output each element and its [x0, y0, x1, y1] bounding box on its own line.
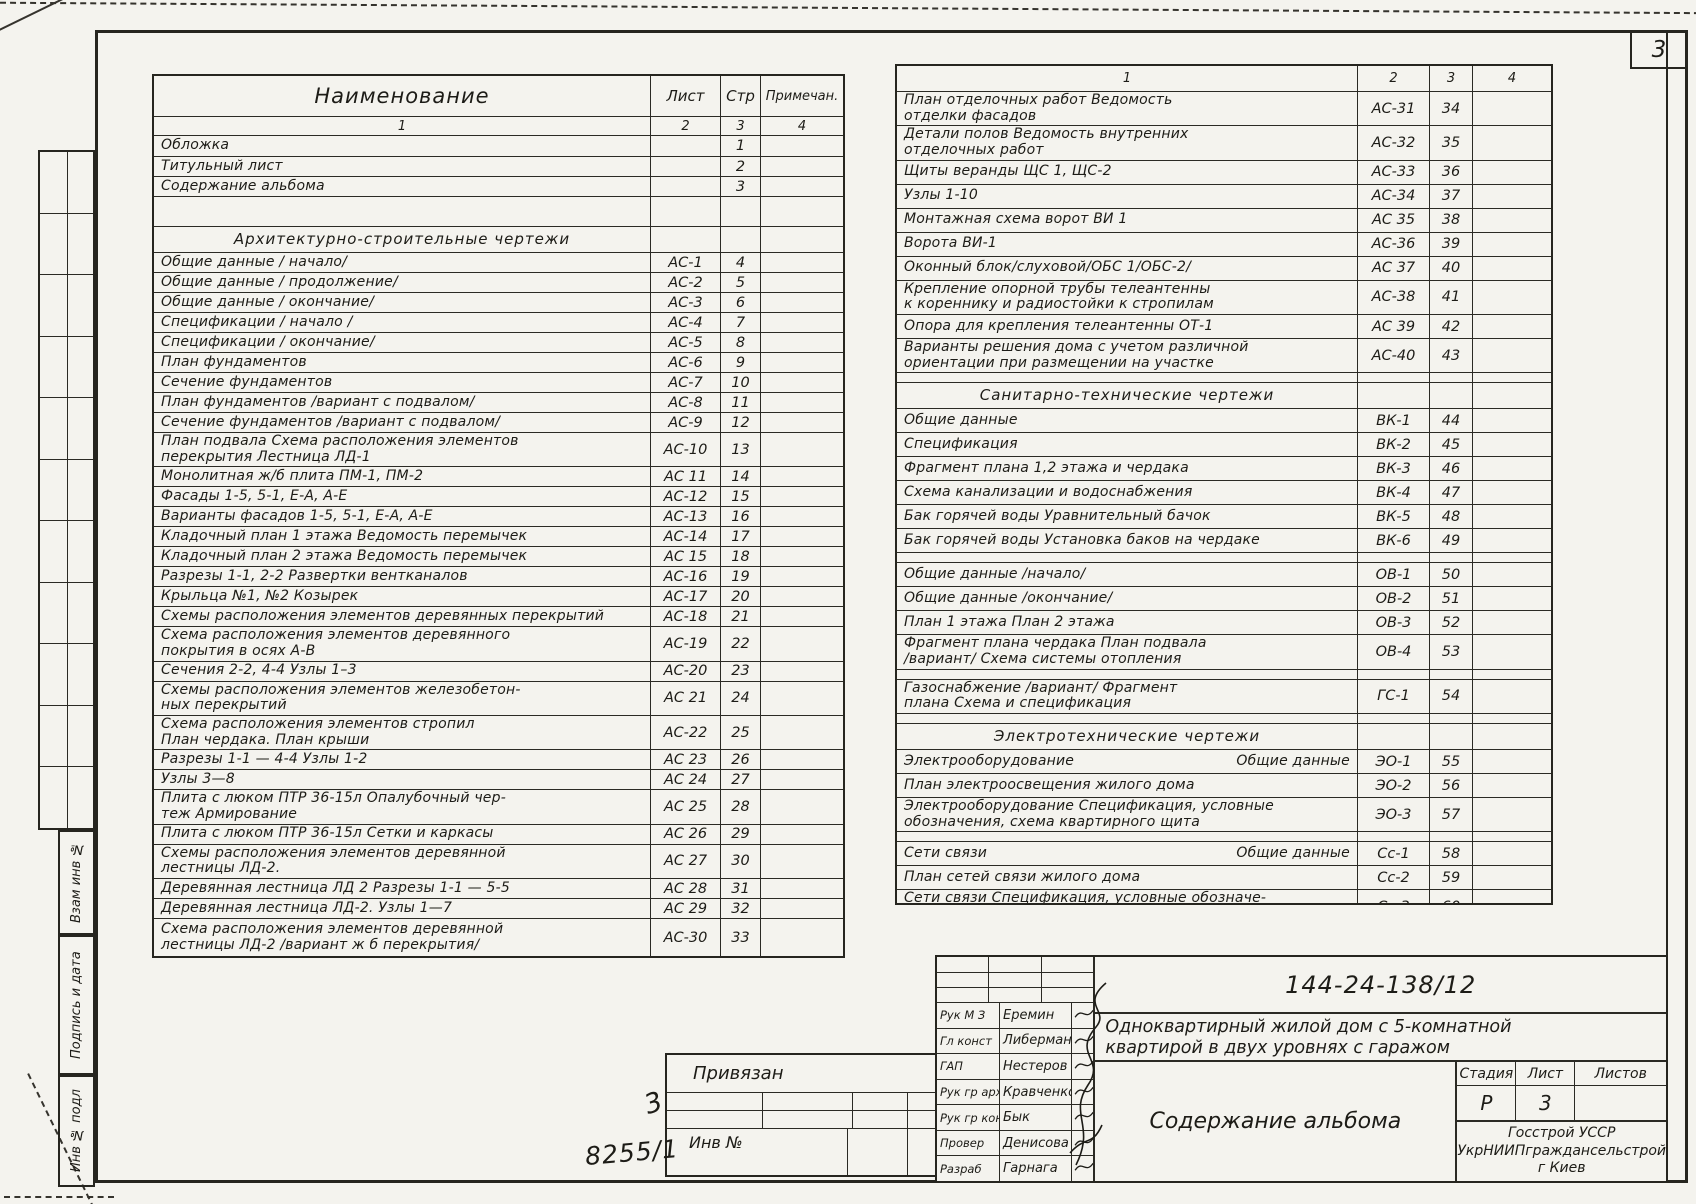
row-title-cell: Общие данные / окончание/ [154, 293, 650, 312]
row-title-cell: Крепление опорной трубы телеантенны к ко… [897, 281, 1357, 314]
row-title: Монтажная схема ворот ВИ 1 [904, 212, 1127, 228]
row-title-cell [897, 553, 1357, 562]
row-note-cell [760, 467, 843, 486]
row-title: Газоснабжение /вариант/ Фрагмент плана С… [904, 681, 1177, 712]
row-page-number: 41 [1429, 281, 1472, 314]
row-note-cell [760, 136, 843, 156]
row-page-number: 59 [1429, 866, 1472, 889]
row-page-number: 52 [1429, 611, 1472, 634]
table-row: Ворота ВИ-1 АС-36 39 [897, 232, 1551, 256]
row-page-number: 25 [720, 716, 760, 749]
table-row: Кладочный план 2 этажа Ведомость перемыч… [154, 546, 843, 566]
row-sheet-number: АС-32 [1357, 126, 1429, 159]
row-sheet-number [1357, 832, 1429, 841]
table-row [897, 713, 1551, 723]
row-sheet-number: ОВ-1 [1357, 563, 1429, 586]
row-sheet-number [1357, 714, 1429, 723]
row-title-cell: Схемы расположения элементов деревянных … [154, 607, 650, 626]
row-note-cell [760, 273, 843, 292]
table-row: Узлы 3—8 АС 24 27 [154, 769, 843, 789]
row-note-cell [1472, 798, 1551, 831]
margin-label-inv-podl: Инв № подл [58, 1075, 95, 1187]
row-note-cell [760, 373, 843, 392]
row-note-cell [760, 293, 843, 312]
row-title: План сетей связи жилого дома [904, 870, 1140, 886]
table-row: Крепление опорной трубы телеантенны к ко… [897, 280, 1551, 314]
table-row: Разрезы 1-1, 2-2 Развертки вентканалов А… [154, 566, 843, 586]
row-sheet-number: АС-6 [650, 353, 720, 372]
binding-row [667, 1111, 935, 1129]
row-page-number: 45 [1429, 433, 1472, 456]
row-note-cell [760, 253, 843, 272]
row-title: Схемы расположения элементов железобетон… [161, 683, 521, 714]
row-title-right: Общие данные [1236, 754, 1350, 770]
row-title: Деревянная лестница ЛД-2. Узлы 1—7 [161, 901, 452, 917]
row-page-number: 22 [720, 627, 760, 660]
row-note-cell [1472, 505, 1551, 528]
row-title-cell: Схема расположения элементов стропил Пла… [154, 716, 650, 749]
row-sheet-number: АС 27 [650, 845, 720, 878]
row-note-cell [760, 825, 843, 844]
row-title: Монолитная ж/б плита ПМ-1, ПМ-2 [161, 469, 423, 485]
row-note-cell [1472, 409, 1551, 432]
row-note-cell [1472, 866, 1551, 889]
table-row: Схемы расположения элементов железобетон… [154, 681, 843, 715]
row-title: Санитарно-технические чертежи [980, 387, 1274, 404]
row-title-cell: Плита с люком ПТР 36-15л Сетки и каркасы [154, 825, 650, 844]
row-title-cell: Фрагмент плана 1,2 этажа и чердака [897, 457, 1357, 480]
row-title-cell: План фундаментов [154, 353, 650, 372]
row-note-cell [760, 507, 843, 526]
table-row: План подвала Схема расположения элементо… [154, 432, 843, 466]
row-title: Спецификации / начало / [161, 315, 352, 331]
stage-label: Стадия [1457, 1062, 1515, 1085]
table-row: План фундаментов АС-6 9 [154, 352, 843, 372]
row-note-cell [760, 177, 843, 196]
row-note-cell [1472, 670, 1551, 679]
table-row: Узлы 1-10 АС-34 37 [897, 184, 1551, 208]
document-title: Содержание альбома [1095, 1062, 1455, 1181]
row-title-cell: Общие данные /начало/ [897, 563, 1357, 586]
project-code: 144-24-138/12 [1095, 957, 1666, 1014]
row-page-number: 50 [1429, 563, 1472, 586]
row-page-number: 54 [1429, 680, 1472, 713]
row-note-cell [1472, 587, 1551, 610]
table-row: Варианты фасадов 1-5, 5-1, Е-А, А-Е АС-1… [154, 506, 843, 526]
row-page-number: 42 [1429, 315, 1472, 338]
row-page-number: 32 [720, 899, 760, 918]
row-note-cell [760, 353, 843, 372]
table-row: План 1 этажа План 2 этажа ОВ-3 52 [897, 610, 1551, 634]
signature-role: ГАП [937, 1054, 999, 1079]
table-row: Санитарно-технические чертежи [897, 382, 1551, 408]
row-sheet-number: ВК-2 [1357, 433, 1429, 456]
signature-name: Бык [999, 1105, 1071, 1130]
row-title-cell: Общие данные [897, 409, 1357, 432]
row-sheet-number: ВК-1 [1357, 409, 1429, 432]
table-row: Схема расположения элементов деревянной … [154, 918, 843, 956]
row-title: Схема расположения элементов деревянной … [161, 922, 503, 953]
page-number-box: 3 [1630, 33, 1686, 69]
row-title: Общие данные /начало/ [904, 567, 1085, 583]
table-row: Обложка 1 [154, 136, 843, 156]
row-sheet-number: АС 11 [650, 467, 720, 486]
row-sheet-number: АС-9 [650, 413, 720, 432]
row-page-number: 20 [720, 587, 760, 606]
row-note-cell [760, 313, 843, 332]
row-sheet-number: ЭО-1 [1357, 750, 1429, 773]
table-row: Деревянная лестница ЛД 2 Разрезы 1-1 — 5… [154, 878, 843, 898]
signature-name: Нестеров [999, 1054, 1071, 1079]
torn-edge-top [0, 2, 1696, 15]
column-number: 2 [650, 117, 720, 135]
row-sheet-number: АС 25 [650, 790, 720, 823]
row-title-cell: Узлы 1-10 [897, 185, 1357, 208]
row-page-number [1429, 553, 1472, 562]
sheet-value: 3 [1515, 1086, 1574, 1120]
table-row: Бак горячей воды Уравнительный бачок ВК-… [897, 504, 1551, 528]
row-page-number: 6 [720, 293, 760, 312]
row-note-cell [1472, 750, 1551, 773]
row-note-cell [1472, 126, 1551, 159]
row-title-cell: План 1 этажа План 2 этажа [897, 611, 1357, 634]
table-row: Монтажная схема ворот ВИ 1 АС 35 38 [897, 208, 1551, 232]
row-page-number: 28 [720, 790, 760, 823]
row-page-number: 55 [1429, 750, 1472, 773]
row-note-cell [1472, 842, 1551, 865]
signature-name: Еремин [999, 1003, 1071, 1028]
signature-name: Либерман [999, 1029, 1071, 1054]
row-note-cell [1472, 92, 1551, 125]
row-title: Схема канализации и водоснабжения [904, 485, 1192, 501]
row-note-cell [1472, 553, 1551, 562]
row-title: Оконный блок/слуховой/ОБС 1/ОБС-2/ [904, 260, 1191, 276]
contents-table-right: 1 2 3 4 План отделочных работ Ведомость … [895, 64, 1553, 905]
table-row: Электрооборудование Общие данные ЭО-1 55 [897, 749, 1551, 773]
row-title-cell: Опора для крепления телеантенны ОТ-1 [897, 315, 1357, 338]
row-title: Плита с люком ПТР 36-15л Опалубочный чер… [161, 791, 506, 822]
row-note-cell [760, 750, 843, 769]
row-page-number: 15 [720, 487, 760, 506]
row-sheet-number [650, 227, 720, 252]
row-note-cell [760, 413, 843, 432]
row-page-number: 18 [720, 547, 760, 566]
row-sheet-number: АС-22 [650, 716, 720, 749]
row-sheet-number: ОВ-4 [1357, 635, 1429, 668]
row-title: Обложка [161, 138, 229, 154]
row-sheet-number: АС 35 [1357, 209, 1429, 232]
row-page-number [1429, 373, 1472, 382]
table-row: Схема канализации и водоснабжения ВК-4 4… [897, 480, 1551, 504]
row-sheet-number: АС 26 [650, 825, 720, 844]
stage-value: Р [1457, 1086, 1515, 1120]
margin-grid-row [40, 336, 93, 398]
row-title: Щиты веранды ЩС 1, ЩС-2 [904, 164, 1112, 180]
row-title-cell: Газоснабжение /вариант/ Фрагмент плана С… [897, 680, 1357, 713]
row-note-cell [760, 547, 843, 566]
row-sheet-number [650, 157, 720, 176]
row-note-cell [1472, 611, 1551, 634]
row-note-cell [1472, 724, 1551, 749]
row-title-cell: Щиты веранды ЩС 1, ЩС-2 [897, 161, 1357, 184]
table-row: Общие данные ВК-1 44 [897, 408, 1551, 432]
row-page-number: 56 [1429, 774, 1472, 797]
table-row: Монолитная ж/б плита ПМ-1, ПМ-2 АС 11 14 [154, 466, 843, 486]
table-row: Общие данные /окончание/ ОВ-2 51 [897, 586, 1551, 610]
row-title-cell: Кладочный план 2 этажа Ведомость перемыч… [154, 547, 650, 566]
object-title: Одноквартирный жилой дом с 5-комнатной к… [1095, 1014, 1666, 1062]
row-page-number: 33 [720, 919, 760, 956]
row-title: План фундаментов [161, 355, 307, 371]
row-title: Схема расположения элементов деревянного… [161, 628, 510, 659]
row-sheet-number: АС-36 [1357, 233, 1429, 256]
row-title-cell: Плита с люком ПТР 36-15л Опалубочный чер… [154, 790, 650, 823]
row-sheet-number: АС-13 [650, 507, 720, 526]
row-title: Сечение фундаментов /вариант с подвалом/ [161, 415, 500, 431]
row-page-number: 38 [1429, 209, 1472, 232]
row-note-cell [760, 393, 843, 412]
row-page-number: 27 [720, 770, 760, 789]
row-sheet-number: АС 23 [650, 750, 720, 769]
row-title: Схемы расположения элементов деревянных … [161, 609, 604, 625]
row-note-cell [1472, 635, 1551, 668]
table-row: План сетей связи жилого дома Сс-2 59 [897, 865, 1551, 889]
row-title-cell: Спецификации / начало / [154, 313, 650, 332]
row-sheet-number [1357, 553, 1429, 562]
row-page-number: 35 [1429, 126, 1472, 159]
row-page-number [1429, 714, 1472, 723]
table-row [897, 552, 1551, 562]
row-page-number: 51 [1429, 587, 1472, 610]
table-row [897, 831, 1551, 841]
row-sheet-number: АС-1 [650, 253, 720, 272]
row-title-cell: Схемы расположения элементов железобетон… [154, 682, 650, 715]
row-title: Ворота ВИ-1 [904, 236, 997, 252]
signature-role: Провер [937, 1131, 999, 1156]
row-title-cell: Спецификация [897, 433, 1357, 456]
row-page-number: 8 [720, 333, 760, 352]
row-sheet-number: АС-8 [650, 393, 720, 412]
row-title-cell: Бак горячей воды Уравнительный бачок [897, 505, 1357, 528]
table-row: Бак горячей воды Установка баков на черд… [897, 528, 1551, 552]
table-row: Варианты решения дома с учетом различной… [897, 338, 1551, 372]
row-note-cell [760, 333, 843, 352]
row-title-cell: Крыльца №1, №2 Козырек [154, 587, 650, 606]
table-row [897, 372, 1551, 382]
row-sheet-number: АС-5 [650, 333, 720, 352]
row-sheet-number: АС-3 [650, 293, 720, 312]
margin-grid-row [40, 582, 93, 644]
row-note-cell [1472, 209, 1551, 232]
row-title-right: Общие данные [1236, 846, 1350, 862]
table-row: Электротехнические чертежи [897, 723, 1551, 749]
row-note-cell [760, 487, 843, 506]
row-page-number [1429, 670, 1472, 679]
row-sheet-number: АС-40 [1357, 339, 1429, 372]
inventory-number-label: Инв № [667, 1129, 847, 1175]
row-title-cell: Сечение фундаментов [154, 373, 650, 392]
row-page-number: 53 [1429, 635, 1472, 668]
table-row: План электроосвещения жилого дома ЭО-2 5… [897, 773, 1551, 797]
row-sheet-number [1357, 373, 1429, 382]
sheet-label: Лист [1515, 1062, 1574, 1085]
row-title-cell: Электрооборудование Общие данные [897, 750, 1357, 773]
row-title-cell: Сечения 2-2, 4-4 Узлы 1–3 [154, 662, 650, 681]
row-sheet-number: АС-31 [1357, 92, 1429, 125]
row-title-cell: Монтажная схема ворот ВИ 1 [897, 209, 1357, 232]
row-page-number: 3 [720, 177, 760, 196]
row-page-number: 24 [720, 682, 760, 715]
row-page-number: 2 [720, 157, 760, 176]
row-note-cell [760, 157, 843, 176]
binding-title: Привязан [667, 1055, 935, 1093]
row-title-cell: План отделочных работ Ведомость отделки … [897, 92, 1357, 125]
row-title: Электротехнические чертежи [994, 728, 1260, 745]
row-title-cell: Сети связи Спецификация, условные обозна… [897, 890, 1357, 905]
table-row: Сети связи Общие данные Сс-1 58 [897, 841, 1551, 865]
row-sheet-number: АС 24 [650, 770, 720, 789]
row-page-number: 19 [720, 567, 760, 586]
row-sheet-number: АС-2 [650, 273, 720, 292]
row-note-cell [1472, 774, 1551, 797]
row-note-cell [760, 662, 843, 681]
contents-table-left: Наименование Лист Стр Примечан. 1 2 3 4 … [152, 74, 845, 958]
row-title: Кладочный план 1 этажа Ведомость перемыч… [161, 529, 527, 545]
row-page-number: 7 [720, 313, 760, 332]
row-title-cell [897, 373, 1357, 382]
table-row: Архитектурно-строительные чертежи [154, 226, 843, 252]
row-title-cell: План фундаментов /вариант с подвалом/ [154, 393, 650, 412]
row-title: План отделочных работ Ведомость отделки … [904, 93, 1173, 124]
row-page-number: 34 [1429, 92, 1472, 125]
row-note-cell [1472, 185, 1551, 208]
row-title-cell: Узлы 3—8 [154, 770, 650, 789]
table-row: Общие данные /начало/ ОВ-1 50 [897, 562, 1551, 586]
row-title: Общие данные / продолжение/ [161, 275, 398, 291]
row-title: Узлы 3—8 [161, 772, 235, 788]
row-title: Крыльца №1, №2 Козырек [161, 589, 358, 605]
column-number: 4 [1472, 66, 1551, 91]
table-row: Фрагмент плана 1,2 этажа и чердака ВК-3 … [897, 456, 1551, 480]
row-page-number: 40 [1429, 257, 1472, 280]
signature-name: Кравченко [999, 1080, 1071, 1105]
row-sheet-number: АС-4 [650, 313, 720, 332]
row-sheet-number: АС-12 [650, 487, 720, 506]
row-title: Общие данные / окончание/ [161, 295, 374, 311]
row-title-cell: Архитектурно-строительные чертежи [154, 227, 650, 252]
row-page-number: 30 [720, 845, 760, 878]
row-title-cell: Титульный лист [154, 157, 650, 176]
row-note-cell [1472, 339, 1551, 372]
row-title: Бак горячей воды Установка баков на черд… [904, 533, 1260, 549]
row-title-cell: Варианты фасадов 1-5, 5-1, Е-А, А-Е [154, 507, 650, 526]
row-note-cell [760, 790, 843, 823]
signature-role: Рук М З [937, 1003, 999, 1028]
row-page-number: 49 [1429, 529, 1472, 552]
table-row: Крыльца №1, №2 Козырек АС-17 20 [154, 586, 843, 606]
table-row: Плита с люком ПТР 36-15л Сетки и каркасы… [154, 824, 843, 844]
row-note-cell [1472, 714, 1551, 723]
row-title-cell: Схема расположения элементов деревянной … [154, 919, 650, 956]
row-page-number: 17 [720, 527, 760, 546]
table-row: Деревянная лестница ЛД-2. Узлы 1—7 АС 29… [154, 898, 843, 918]
row-title: Сети связи [904, 846, 987, 862]
row-note-cell [760, 567, 843, 586]
signature-empty-row [937, 957, 1093, 972]
row-sheet-number: АС 28 [650, 879, 720, 898]
table-row: Содержание альбома 3 [154, 176, 843, 196]
row-sheet-number: Сс-3 [1357, 890, 1429, 905]
row-sheet-number: АС-33 [1357, 161, 1429, 184]
row-title-cell [897, 670, 1357, 679]
row-page-number: 5 [720, 273, 760, 292]
table-row: План отделочных работ Ведомость отделки … [897, 92, 1551, 125]
torn-edge-top-left [0, 0, 66, 33]
table-row: Газоснабжение /вариант/ Фрагмент плана С… [897, 679, 1551, 713]
sheets-value [1574, 1086, 1666, 1120]
column-number: 4 [760, 117, 843, 135]
row-sheet-number: АС-10 [650, 433, 720, 466]
row-note-cell [1472, 457, 1551, 480]
signature-name: Гарнага [999, 1156, 1071, 1181]
binding-table: Привязан Инв № [665, 1053, 937, 1177]
title-block-right: 144-24-138/12 Одноквартирный жилой дом с… [1095, 957, 1666, 1181]
row-title-cell: Сети связи Общие данные [897, 842, 1357, 865]
row-sheet-number: АС-7 [650, 373, 720, 392]
row-title-cell: Электрооборудование Спецификация, условн… [897, 798, 1357, 831]
row-page-number: 14 [720, 467, 760, 486]
row-title-cell: Фасады 1-5, 5-1, Е-А, А-Е [154, 487, 650, 506]
row-page-number: 44 [1429, 409, 1472, 432]
row-page-number: 36 [1429, 161, 1472, 184]
row-page-number: 58 [1429, 842, 1472, 865]
row-title-cell: Схемы расположения элементов деревянной … [154, 845, 650, 878]
column-number: 1 [154, 117, 650, 135]
row-note-cell [760, 627, 843, 660]
row-title: Содержание альбома [161, 179, 325, 195]
row-sheet-number: ВК-5 [1357, 505, 1429, 528]
margin-grid-row [40, 459, 93, 521]
margin-grid-row [40, 520, 93, 582]
row-title: Плита с люком ПТР 36-15л Сетки и каркасы [161, 826, 494, 842]
row-title: План подвала Схема расположения элементо… [161, 434, 519, 465]
table-row: Сечения 2-2, 4-4 Узлы 1–3 АС-20 23 [154, 661, 843, 681]
column-numbers-row: 1 2 3 4 [154, 116, 843, 135]
row-title-cell: Сечение фундаментов /вариант с подвалом/ [154, 413, 650, 432]
row-title: Фрагмент плана чердака План подвала /вар… [904, 636, 1207, 667]
row-note-cell [1472, 529, 1551, 552]
table-row: Электрооборудование Спецификация, условн… [897, 797, 1551, 831]
binding-row: Инв № [667, 1129, 935, 1175]
row-page-number: 47 [1429, 481, 1472, 504]
row-title-cell: Общие данные / начало/ [154, 253, 650, 272]
row-title-cell: План подвала Схема расположения элементо… [154, 433, 650, 466]
row-note-cell [760, 607, 843, 626]
row-title-cell [897, 714, 1357, 723]
row-page-number: 16 [720, 507, 760, 526]
row-sheet-number [650, 197, 720, 226]
row-title-cell: Разрезы 1-1 — 4-4 Узлы 1-2 [154, 750, 650, 769]
row-sheet-number: ЭО-3 [1357, 798, 1429, 831]
row-page-number: 9 [720, 353, 760, 372]
row-title: Архитектурно-строительные чертежи [234, 231, 570, 248]
row-note-cell [1472, 233, 1551, 256]
table-row: Разрезы 1-1 — 4-4 Узлы 1-2 АС 23 26 [154, 749, 843, 769]
row-note-cell [760, 227, 843, 252]
table-row: План фундаментов /вариант с подвалом/ АС… [154, 392, 843, 412]
row-page-number: 4 [720, 253, 760, 272]
row-title: Детали полов Ведомость внутренних отдело… [904, 127, 1189, 158]
